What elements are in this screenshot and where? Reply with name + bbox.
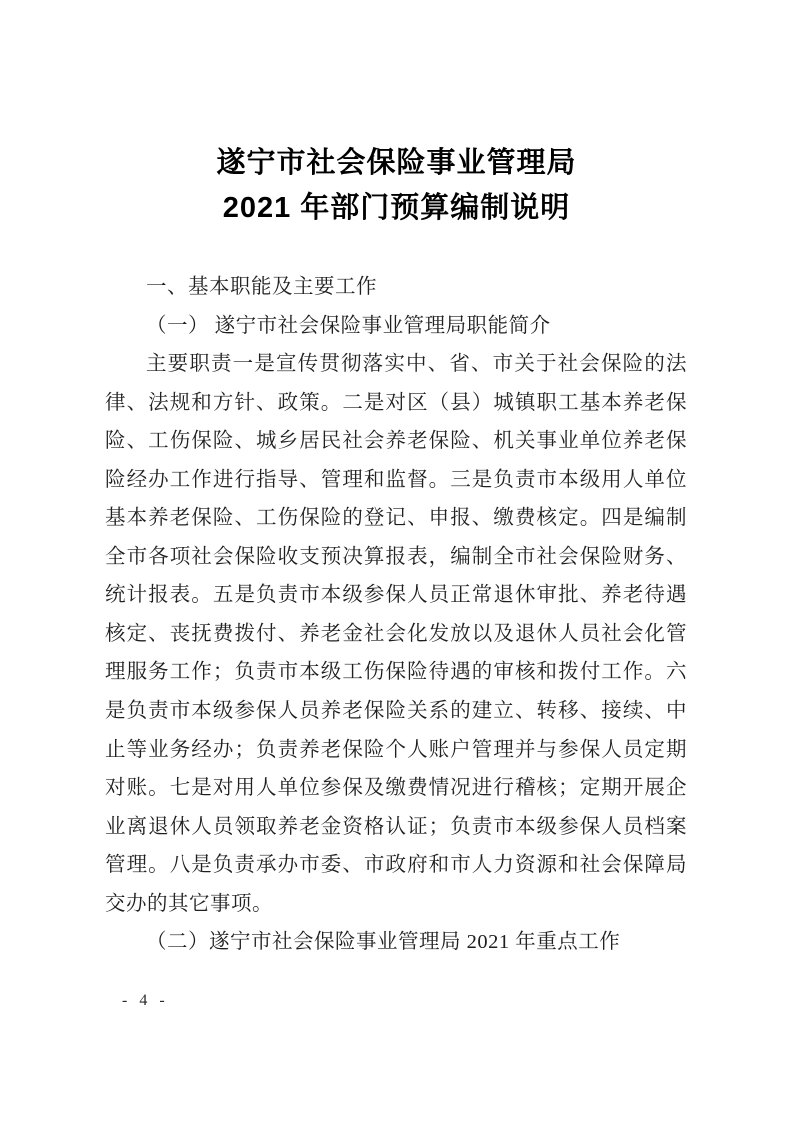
text-line-6: 险经办工作进行指导、管理和监督。三是负责市本级用人单位 xyxy=(105,461,687,500)
text-line-1: 一、基本职能及主要工作 xyxy=(105,268,687,307)
text-line-14: 对账。七是对用人单位参保及缴费情况进行稽核；定期开展企 xyxy=(105,769,687,808)
text-line-11: 理服务工作；负责市本级工伤保险待遇的审核和拨付工作。六 xyxy=(105,653,687,692)
title-line-1: 遂宁市社会保险事业管理局 xyxy=(0,141,793,186)
text-line-4: 律、法规和方针、政策。二是对区（县）城镇职工基本养老保 xyxy=(105,384,687,423)
text-line-13: 止等业务经办；负责养老保险个人账户管理并与参保人员定期 xyxy=(105,731,687,770)
title-line-2: 2021 年部门预算编制说明 xyxy=(0,186,793,231)
text-line-18: （二）遂宁市社会保险事业管理局 2021 年重点工作 xyxy=(105,923,687,962)
text-line-16: 管理。八是负责承办市委、市政府和市人力资源和社会保障局 xyxy=(105,846,687,885)
text-line-9: 统计报表。五是负责市本级参保人员正常退休审批、养老待遇 xyxy=(105,576,687,615)
text-line-17: 交办的其它事项。 xyxy=(105,885,687,924)
text-line-10: 核定、丧抚费拨付、养老金社会化发放以及退休人员社会化管 xyxy=(105,615,687,654)
page-number: - 4 - xyxy=(122,992,169,1010)
document-title: 遂宁市社会保险事业管理局 2021 年部门预算编制说明 xyxy=(0,141,793,231)
text-line-7: 基本养老保险、工伤保险的登记、申报、缴费核定。四是编制 xyxy=(105,499,687,538)
text-line-8: 全市各项社会保险收支预决算报表，编制全市社会保险财务、 xyxy=(105,538,687,577)
text-line-2: （一） 遂宁市社会保险事业管理局职能简介 xyxy=(105,307,687,346)
document-body: 一、基本职能及主要工作（一） 遂宁市社会保险事业管理局职能简介主要职责一是宣传贯… xyxy=(105,268,687,962)
document-page: 遂宁市社会保险事业管理局 2021 年部门预算编制说明 一、基本职能及主要工作（… xyxy=(0,0,793,1122)
text-line-3: 主要职责一是宣传贯彻落实中、省、市关于社会保险的法 xyxy=(105,345,687,384)
text-line-12: 是负责市本级参保人员养老保险关系的建立、转移、接续、中 xyxy=(105,692,687,731)
text-line-5: 险、工伤保险、城乡居民社会养老保险、机关事业单位养老保 xyxy=(105,422,687,461)
text-line-15: 业离退休人员领取养老金资格认证；负责市本级参保人员档案 xyxy=(105,808,687,847)
